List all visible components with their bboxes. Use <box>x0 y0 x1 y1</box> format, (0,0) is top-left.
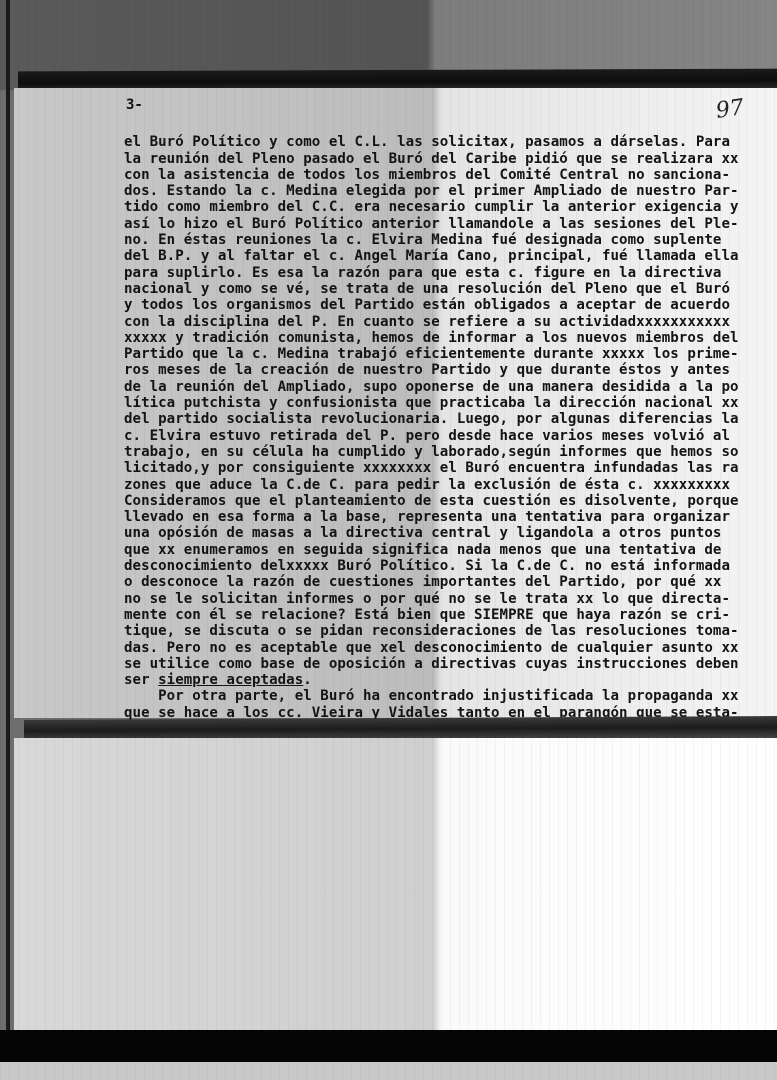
text-line: para suplirlo. Es esa la razón para que … <box>124 265 776 281</box>
text-line: Consideramos que el planteamiento de est… <box>124 493 776 509</box>
text-line: y todos los organismos del Partido están… <box>124 297 776 313</box>
text-line: llevado en esa forma a la base, represen… <box>124 509 776 525</box>
text-line: das. Pero no es aceptable que xel descon… <box>124 640 776 656</box>
text-line: se utilice como base de oposición a dire… <box>124 656 776 672</box>
text-line: xxxxx y tradición comunista, hemos de in… <box>124 330 776 346</box>
text-line: así lo hizo el Buró Político anterior ll… <box>124 216 776 232</box>
underlined-text: siempre aceptadas <box>158 672 303 688</box>
scan-bottom-edge <box>0 1062 777 1080</box>
text-line: Por otra parte, el Buró ha encontrado in… <box>124 688 776 704</box>
text-line: del B.P. y al faltar el c. Angel María C… <box>124 248 776 264</box>
text-line: dos. Estando la c. Medina elegida por el… <box>124 183 776 199</box>
text-line: mente con él se relacione? Está bien que… <box>124 607 776 623</box>
text-line: Partido que la c. Medina trabajó eficien… <box>124 346 776 362</box>
text-line: que xx enumeramos en seguida significa n… <box>124 542 776 558</box>
text-line: tido como miembro del C.C. era necesario… <box>124 199 776 215</box>
text-line: la reunión del Pleno pasado el Buró del … <box>124 151 776 167</box>
text-line: c. Elvira estuvo retirada del P. pero de… <box>124 428 776 444</box>
text-line: del partido socialista revolucionaria. L… <box>124 411 776 427</box>
page-number: 3- <box>126 97 143 113</box>
text-fragment: ser <box>124 672 158 688</box>
text-line: con la asistencia de todos los miembros … <box>124 167 776 183</box>
text-line: de la reunión del Ampliado, supo oponers… <box>124 379 776 395</box>
blank-lower-page <box>14 738 777 1038</box>
scan-shadow-bar-bottom <box>0 1030 777 1062</box>
text-fragment: . <box>303 672 312 688</box>
text-line: zones que aduce la C.de C. para pedir la… <box>124 477 776 493</box>
text-line: una opósión de masas a la directiva cent… <box>124 525 776 541</box>
text-line: no se le solicitan informes o por qué no… <box>124 591 776 607</box>
text-line-emphasis: ser siempre aceptadas. <box>124 672 776 688</box>
text-line: con la disciplina del P. En cuanto se re… <box>124 314 776 330</box>
text-line: licitado,y por consiguiente xxxxxxxx el … <box>124 460 776 476</box>
text-line: tique, se discuta o se pidan reconsidera… <box>124 623 776 639</box>
scan-left-edge <box>6 0 10 1080</box>
text-line: o desconoce la razón de cuestiones impor… <box>124 574 776 590</box>
text-line: trabajo, en su célula ha cumplido y labo… <box>124 444 776 460</box>
text-line: nacional y como se vé, se trata de una r… <box>124 281 776 297</box>
typewritten-text-body: el Buró Político y como el C.L. las soli… <box>124 118 776 721</box>
text-line: no. En éstas reuniones la c. Elvira Medi… <box>124 232 776 248</box>
text-line: lítica putchista y confusionista que pra… <box>124 395 776 411</box>
text-line: el Buró Político y como el C.L. las soli… <box>124 134 776 150</box>
text-line: ros meses de la creación de nuestro Part… <box>124 362 776 378</box>
text-line: desconocimiento delxxxxx Buró Político. … <box>124 558 776 574</box>
